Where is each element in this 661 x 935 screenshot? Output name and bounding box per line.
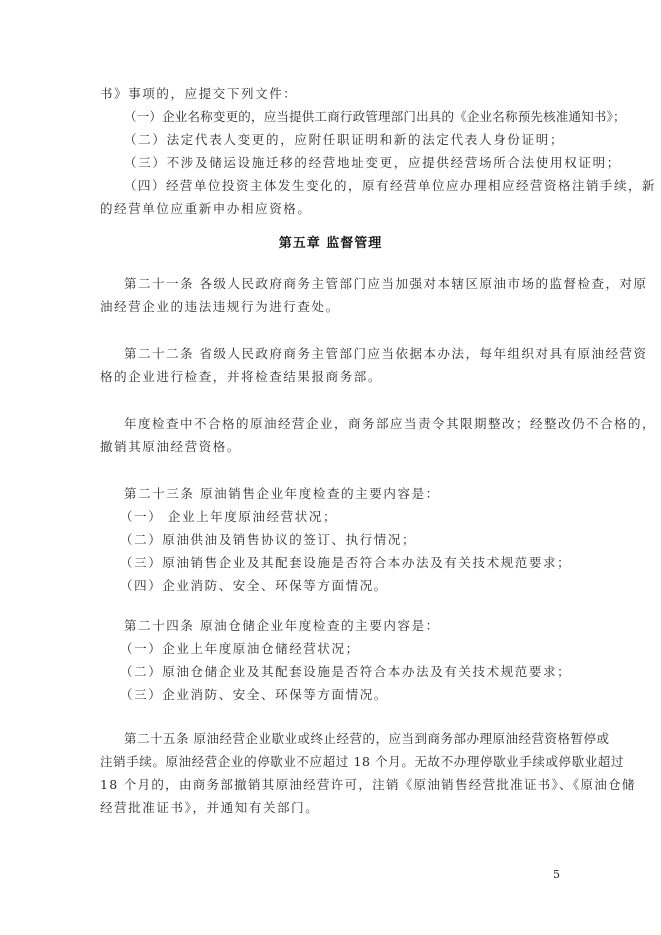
article-24-item-2: （二）原油仓储企业及其配套设施是否符合本办法及有关技术规范要求；: [120, 664, 582, 680]
intro-item-4-cont: 的经营单位应重新申办相应资格。: [100, 201, 562, 217]
document-page: 书》事项的，应提交下列文件： （一）企业名称变更的，应当提供工商行政管理部门出具…: [0, 0, 661, 935]
article-24-title: 第二十四条 原油仓储企业年度检查的主要内容是：: [124, 618, 586, 634]
article-25-line-1: 第二十五条 原油经营企业歇业或终止经营的，应当到商务部办理原油经营资格暂停或: [124, 731, 586, 747]
intro-item-2: （二）法定代表人变更的，应附任职证明和新的法定代表人身份证明；: [124, 132, 586, 148]
article-22-line-2: 格的企业进行检查，并将检查结果报商务部。: [100, 369, 562, 385]
intro-item-3: （三）不涉及储运设施迁移的经营地址变更，应提供经营场所合法使用权证明；: [124, 155, 586, 171]
article-24-item-3: （三）企业消防、安全、环保等方面情况。: [120, 687, 582, 703]
article-23-item-4: （四）企业消防、安全、环保等方面情况。: [120, 578, 582, 594]
article-22-line-1: 第二十二条 省级人民政府商务主管部门应当依据本办法，每年组织对具有原油经营资: [124, 346, 586, 362]
article-25-line-2: 注销手续。原油经营企业的停歇业不应超过 18 个月。无故不办理停歇业手续或停歇业…: [100, 754, 562, 770]
intro-line: 书》事项的，应提交下列文件：: [100, 86, 562, 102]
article-23-item-2: （二）原油供油及销售协议的签订、执行情况；: [120, 532, 582, 548]
article-23-title: 第二十三条 原油销售企业年度检查的主要内容是：: [124, 486, 586, 502]
article-23-item-3: （三）原油销售企业及其配套设施是否符合本办法及有关技术规范要求；: [120, 555, 582, 571]
annual-check-line-1: 年度检查中不合格的原油经营企业，商务部应当责令其限期整改；经整改仍不合格的，: [124, 416, 586, 432]
article-23-item-1: （一） 企业上年度原油经营状况；: [120, 509, 582, 525]
article-21-line-2: 油经营企业的违法违规行为进行查处。: [100, 299, 562, 315]
article-25-line-3: 18 个月的，由商务部撤销其原油经营许可，注销《原油销售经营批准证书》、《原油仓…: [100, 777, 562, 793]
intro-item-4: （四）经营单位投资主体发生变化的，原有经营单位应办理相应经营资格注销手续，新: [124, 178, 562, 194]
annual-check-line-2: 撤销其原油经营资格。: [100, 439, 562, 455]
article-21-line-1: 第二十一条 各级人民政府商务主管部门应当加强对本辖区原油市场的监督检查，对原: [124, 276, 586, 292]
page-number: 5: [553, 868, 560, 881]
article-25-line-4: 经营批准证书》，并通知有关部门。: [100, 800, 562, 816]
intro-item-1: （一）企业名称变更的，应当提供工商行政管理部门出具的《企业名称预先核准通知书》；: [124, 109, 562, 125]
article-24-item-1: （一）企业上年度原油仓储经营状况；: [120, 641, 582, 657]
chapter-heading: 第五章 监督管理: [0, 232, 661, 251]
